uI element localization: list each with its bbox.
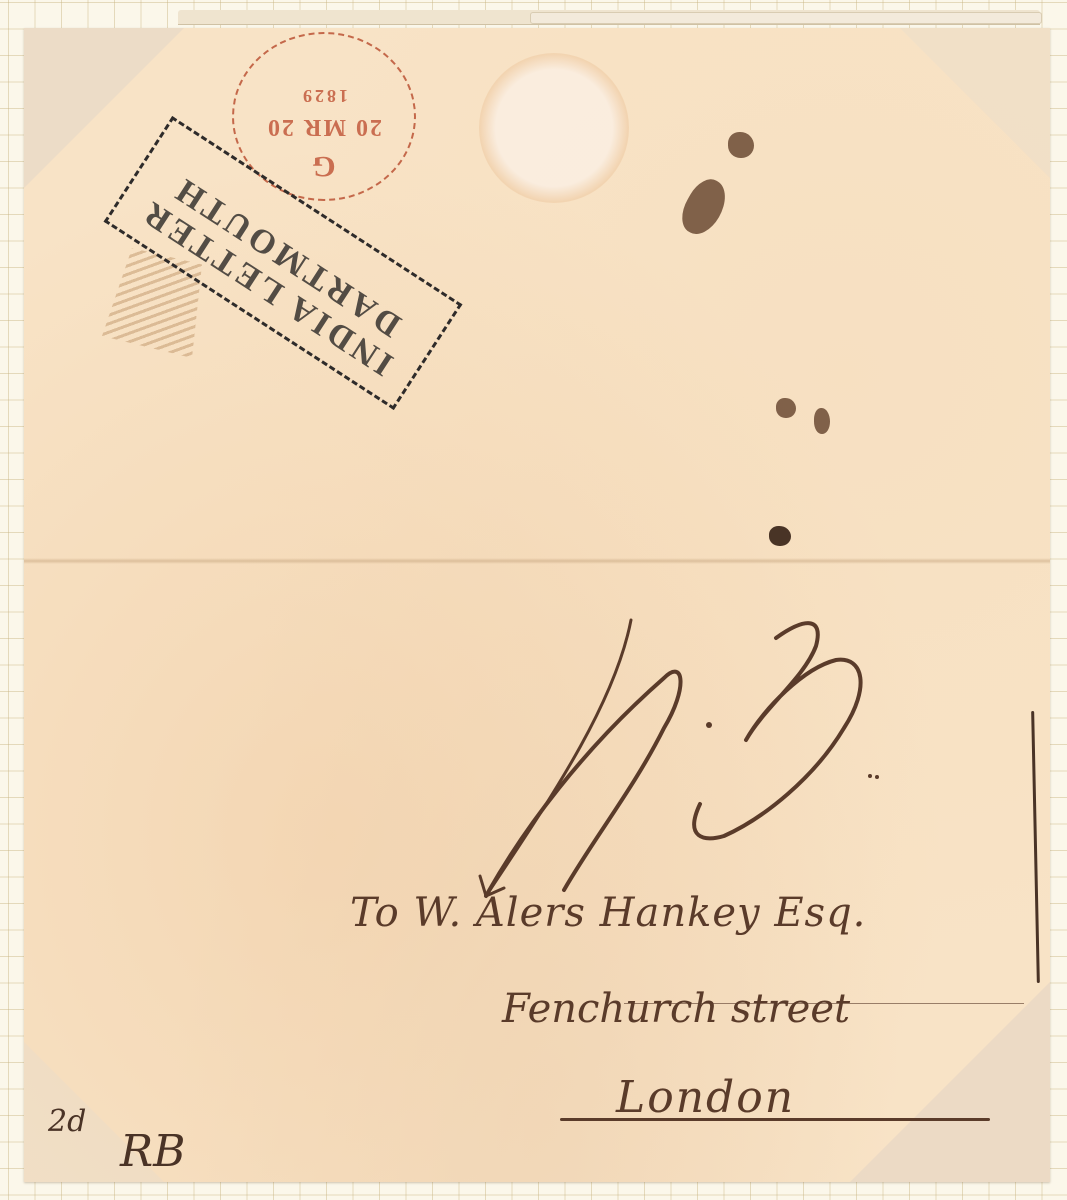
address-line-street: Fenchurch street	[502, 986, 850, 1032]
postage-rate-mark: 2d	[48, 1104, 86, 1139]
underlying-sheet-edge-2	[530, 12, 1042, 24]
address-line-addressee: To W. Alers Hankey Esq.	[350, 890, 866, 936]
initials-mark: RB	[120, 1126, 185, 1177]
postal-cover: G 20 MR 20 1829 INDIA LETTER DARTMOUTH N…	[24, 28, 1050, 1182]
address-line-city: London	[616, 1072, 795, 1123]
